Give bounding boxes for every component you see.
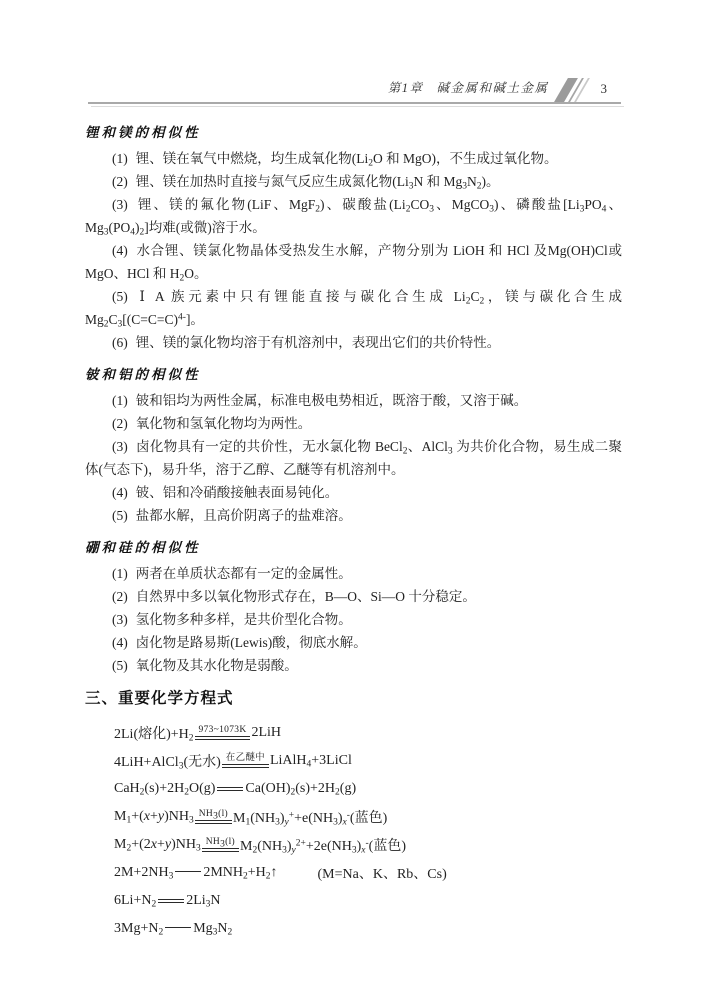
book-page: 第1章 碱金属和碱土金属 3 锂和镁的相似性(1)锂、镁在氧气中燃烧，均生成氧化… bbox=[0, 0, 706, 982]
item-number: (1) bbox=[112, 393, 128, 408]
item-text: 卤化物具有一定的共价性，无水氯化物 BeCl2、AlCl3 为共价化合物，易生成… bbox=[85, 439, 622, 477]
equation-text: LiAlH4+3LiCl bbox=[270, 753, 352, 769]
reaction-condition-arrow: 973~1073K bbox=[195, 725, 251, 740]
item-number: (2) bbox=[112, 174, 128, 189]
equals-double-line bbox=[158, 899, 184, 903]
equations-heading: 三、重要化学方程式 bbox=[85, 689, 622, 709]
list-item: (5)氧化物及其水化物是弱酸。 bbox=[85, 654, 622, 677]
item-text: 锂、镁的氯化物均溶于有机溶剂中，表现出它们的共价特性。 bbox=[136, 335, 501, 350]
equations-container: 2Li(熔化)+H2973~1073K2LiH4LiH+AlCl3(无水)在乙醚… bbox=[114, 721, 622, 940]
equation-text: 2M+2NH3 bbox=[114, 865, 173, 881]
equation-text: Ca(OH)2(s)+2H2(g) bbox=[245, 781, 356, 797]
reaction-condition: 在乙醚中 bbox=[222, 753, 269, 764]
item-text: 氧化物和氢氧化物均为两性。 bbox=[136, 416, 312, 431]
list-item: (6)锂、镁的氯化物均溶于有机溶剂中，表现出它们的共价特性。 bbox=[85, 331, 622, 354]
item-number: (1) bbox=[112, 151, 128, 166]
reaction-condition-arrow: NH3(l) bbox=[202, 837, 239, 852]
reaction-line bbox=[222, 764, 269, 768]
equation-text: M1+(x+y)NH3 bbox=[114, 809, 194, 825]
equals-double-line bbox=[217, 787, 243, 791]
reaction-condition-arrow: NH3(l) bbox=[195, 809, 232, 824]
sections-container: 锂和镁的相似性(1)锂、镁在氧气中燃烧，均生成氧化物(Li2O 和 MgO)，不… bbox=[85, 124, 622, 677]
equation-text: Mg3N2 bbox=[193, 921, 232, 937]
equation-text: M1(NH3)y++e(NH3)x-(蓝色) bbox=[233, 807, 387, 827]
item-text: 锂、镁在加热时直接与氮气反应生成氮化物(Li3N 和 Mg3N2)。 bbox=[136, 174, 500, 189]
item-text: 铍、铝和冷硝酸接触表面易钝化。 bbox=[136, 485, 339, 500]
equation-text: 4LiH+AlCl3(无水) bbox=[114, 751, 221, 771]
list-item: (1)铍和铝均为两性金属，标准电极电势相近，既溶于酸，又溶于碱。 bbox=[85, 389, 622, 412]
chapter-title: 碱金属和碱土金属 bbox=[436, 78, 548, 102]
equation-text: M2+(2x+y)NH3 bbox=[114, 837, 201, 853]
topic-section: 铍和铝的相似性(1)铍和铝均为两性金属，标准电极电势相近，既溶于酸，又溶于碱。(… bbox=[85, 366, 622, 527]
equation-text: (M=Na、K、Rb、Cs) bbox=[318, 863, 447, 883]
list-item: (4)铍、铝和冷硝酸接触表面易钝化。 bbox=[85, 481, 622, 504]
reaction-condition-arrow: 在乙醚中 bbox=[222, 753, 269, 768]
equation-text: M2(NH3)y2++2e(NH3)x-(蓝色) bbox=[240, 835, 406, 855]
item-text: 铍和铝均为两性金属，标准电极电势相近，既溶于酸，又溶于碱。 bbox=[136, 393, 528, 408]
item-text: 水合锂、镁氯化物晶体受热发生水解，产物分别为 LiOH 和 HCl 及Mg(OH… bbox=[85, 243, 622, 281]
item-text: 锂、镁的氟化物(LiF、MgF2)、碳酸盐(Li2CO3、MgCO3)、磷酸盐[… bbox=[85, 197, 622, 235]
equation-text: 2Li3N bbox=[186, 893, 220, 909]
reaction-line bbox=[195, 820, 232, 824]
list-item: (2)锂、镁在加热时直接与氮气反应生成氮化物(Li3N 和 Mg3N2)。 bbox=[85, 170, 622, 193]
list-item: (4)卤化物是路易斯(Lewis)酸，彻底水解。 bbox=[85, 631, 622, 654]
equation-row: 3Mg+N2Mg3N2 bbox=[114, 917, 622, 940]
slash-decoration-icon bbox=[554, 78, 590, 102]
item-number: (4) bbox=[112, 635, 128, 650]
equation-text: 2Li(熔化)+H2 bbox=[114, 723, 194, 743]
equation-row: 2Li(熔化)+H2973~1073K2LiH bbox=[114, 721, 622, 744]
item-text: 锂、镁在氧气中燃烧，均生成氧化物(Li2O 和 MgO)，不生成过氧化物。 bbox=[136, 151, 558, 166]
item-number: (1) bbox=[112, 566, 128, 581]
reaction-line bbox=[195, 736, 251, 740]
equation-row: 2M+2NH32MNH2+H2↑(M=Na、K、Rb、Cs) bbox=[114, 861, 622, 884]
item-number: (3) bbox=[112, 612, 128, 627]
equals-single-line bbox=[165, 927, 191, 930]
item-text: 氢化物多种多样，是共价型化合物。 bbox=[136, 612, 352, 627]
list-item: (5)盐都水解，且高价阴离子的盐难溶。 bbox=[85, 504, 622, 527]
item-number: (3) bbox=[112, 439, 128, 454]
section-heading: 硼和硅的相似性 bbox=[85, 539, 622, 557]
item-number: (6) bbox=[112, 335, 128, 350]
item-number: (5) bbox=[112, 508, 128, 523]
item-text: 盐都水解，且高价阴离子的盐难溶。 bbox=[136, 508, 352, 523]
item-number: (4) bbox=[112, 243, 128, 258]
list-item: (3)氢化物多种多样，是共价型化合物。 bbox=[85, 608, 622, 631]
item-number: (4) bbox=[112, 485, 128, 500]
equation-row: CaH2(s)+2H2O(g)Ca(OH)2(s)+2H2(g) bbox=[114, 777, 622, 800]
reaction-condition: 973~1073K bbox=[195, 725, 251, 736]
equation-text: CaH2(s)+2H2O(g) bbox=[114, 781, 215, 797]
equation-row: 4LiH+AlCl3(无水)在乙醚中LiAlH4+3LiCl bbox=[114, 749, 622, 772]
chapter-label: 第1章 bbox=[388, 78, 424, 102]
list-item: (4)水合锂、镁氯化物晶体受热发生水解，产物分别为 LiOH 和 HCl 及Mg… bbox=[85, 239, 622, 285]
section-heading: 铍和铝的相似性 bbox=[85, 366, 622, 384]
page-header: 第1章 碱金属和碱土金属 3 bbox=[88, 78, 621, 104]
equals-single-line bbox=[175, 871, 201, 874]
equation-text: 2MNH2+H2↑ bbox=[203, 865, 277, 881]
item-text: 氧化物及其水化物是弱酸。 bbox=[136, 658, 298, 673]
item-number: (5) bbox=[112, 289, 128, 304]
list-item: (2)自然界中多以氧化物形式存在，B—O、Si—O 十分稳定。 bbox=[85, 585, 622, 608]
equation-row: 6Li+N22Li3N bbox=[114, 889, 622, 912]
reaction-condition: NH3(l) bbox=[202, 837, 239, 848]
topic-section: 锂和镁的相似性(1)锂、镁在氧气中燃烧，均生成氧化物(Li2O 和 MgO)，不… bbox=[85, 124, 622, 354]
equation-text: 2LiH bbox=[251, 725, 281, 741]
list-item: (1)锂、镁在氧气中燃烧，均生成氧化物(Li2O 和 MgO)，不生成过氧化物。 bbox=[85, 147, 622, 170]
list-item: (5)Ⅰ A 族元素中只有锂能直接与碳化合生成 Li2C2，镁与碳化合生成 Mg… bbox=[85, 285, 622, 331]
equation-row: M1+(x+y)NH3NH3(l)M1(NH3)y++e(NH3)x-(蓝色) bbox=[114, 805, 622, 828]
item-number: (3) bbox=[112, 197, 128, 212]
list-item: (2)氧化物和氢氧化物均为两性。 bbox=[85, 412, 622, 435]
equation-row: M2+(2x+y)NH3NH3(l)M2(NH3)y2++2e(NH3)x-(蓝… bbox=[114, 833, 622, 856]
equation-text: 6Li+N2 bbox=[114, 893, 156, 909]
equations-section: 三、重要化学方程式 2Li(熔化)+H2973~1073K2LiH4LiH+Al… bbox=[85, 689, 622, 940]
item-number: (2) bbox=[112, 589, 128, 604]
list-item: (1)两者在单质状态都有一定的金属性。 bbox=[85, 562, 622, 585]
item-text: Ⅰ A 族元素中只有锂能直接与碳化合生成 Li2C2，镁与碳化合生成 Mg2C3… bbox=[85, 289, 622, 327]
item-number: (5) bbox=[112, 658, 128, 673]
item-number: (2) bbox=[112, 416, 128, 431]
equation-text: 3Mg+N2 bbox=[114, 921, 163, 937]
item-text: 两者在单质状态都有一定的金属性。 bbox=[136, 566, 352, 581]
reaction-line bbox=[202, 848, 239, 852]
page-content: 锂和镁的相似性(1)锂、镁在氧气中燃烧，均生成氧化物(Li2O 和 MgO)，不… bbox=[85, 112, 622, 945]
section-heading: 锂和镁的相似性 bbox=[85, 124, 622, 142]
topic-section: 硼和硅的相似性(1)两者在单质状态都有一定的金属性。(2)自然界中多以氧化物形式… bbox=[85, 539, 622, 677]
reaction-condition: NH3(l) bbox=[195, 809, 232, 820]
item-text: 卤化物是路易斯(Lewis)酸，彻底水解。 bbox=[136, 635, 367, 650]
item-text: 自然界中多以氧化物形式存在，B—O、Si—O 十分稳定。 bbox=[136, 589, 476, 604]
list-item: (3)卤化物具有一定的共价性，无水氯化物 BeCl2、AlCl3 为共价化合物，… bbox=[85, 435, 622, 481]
list-item: (3)锂、镁的氟化物(LiF、MgF2)、碳酸盐(Li2CO3、MgCO3)、磷… bbox=[85, 193, 622, 239]
page-number: 3 bbox=[589, 81, 622, 102]
